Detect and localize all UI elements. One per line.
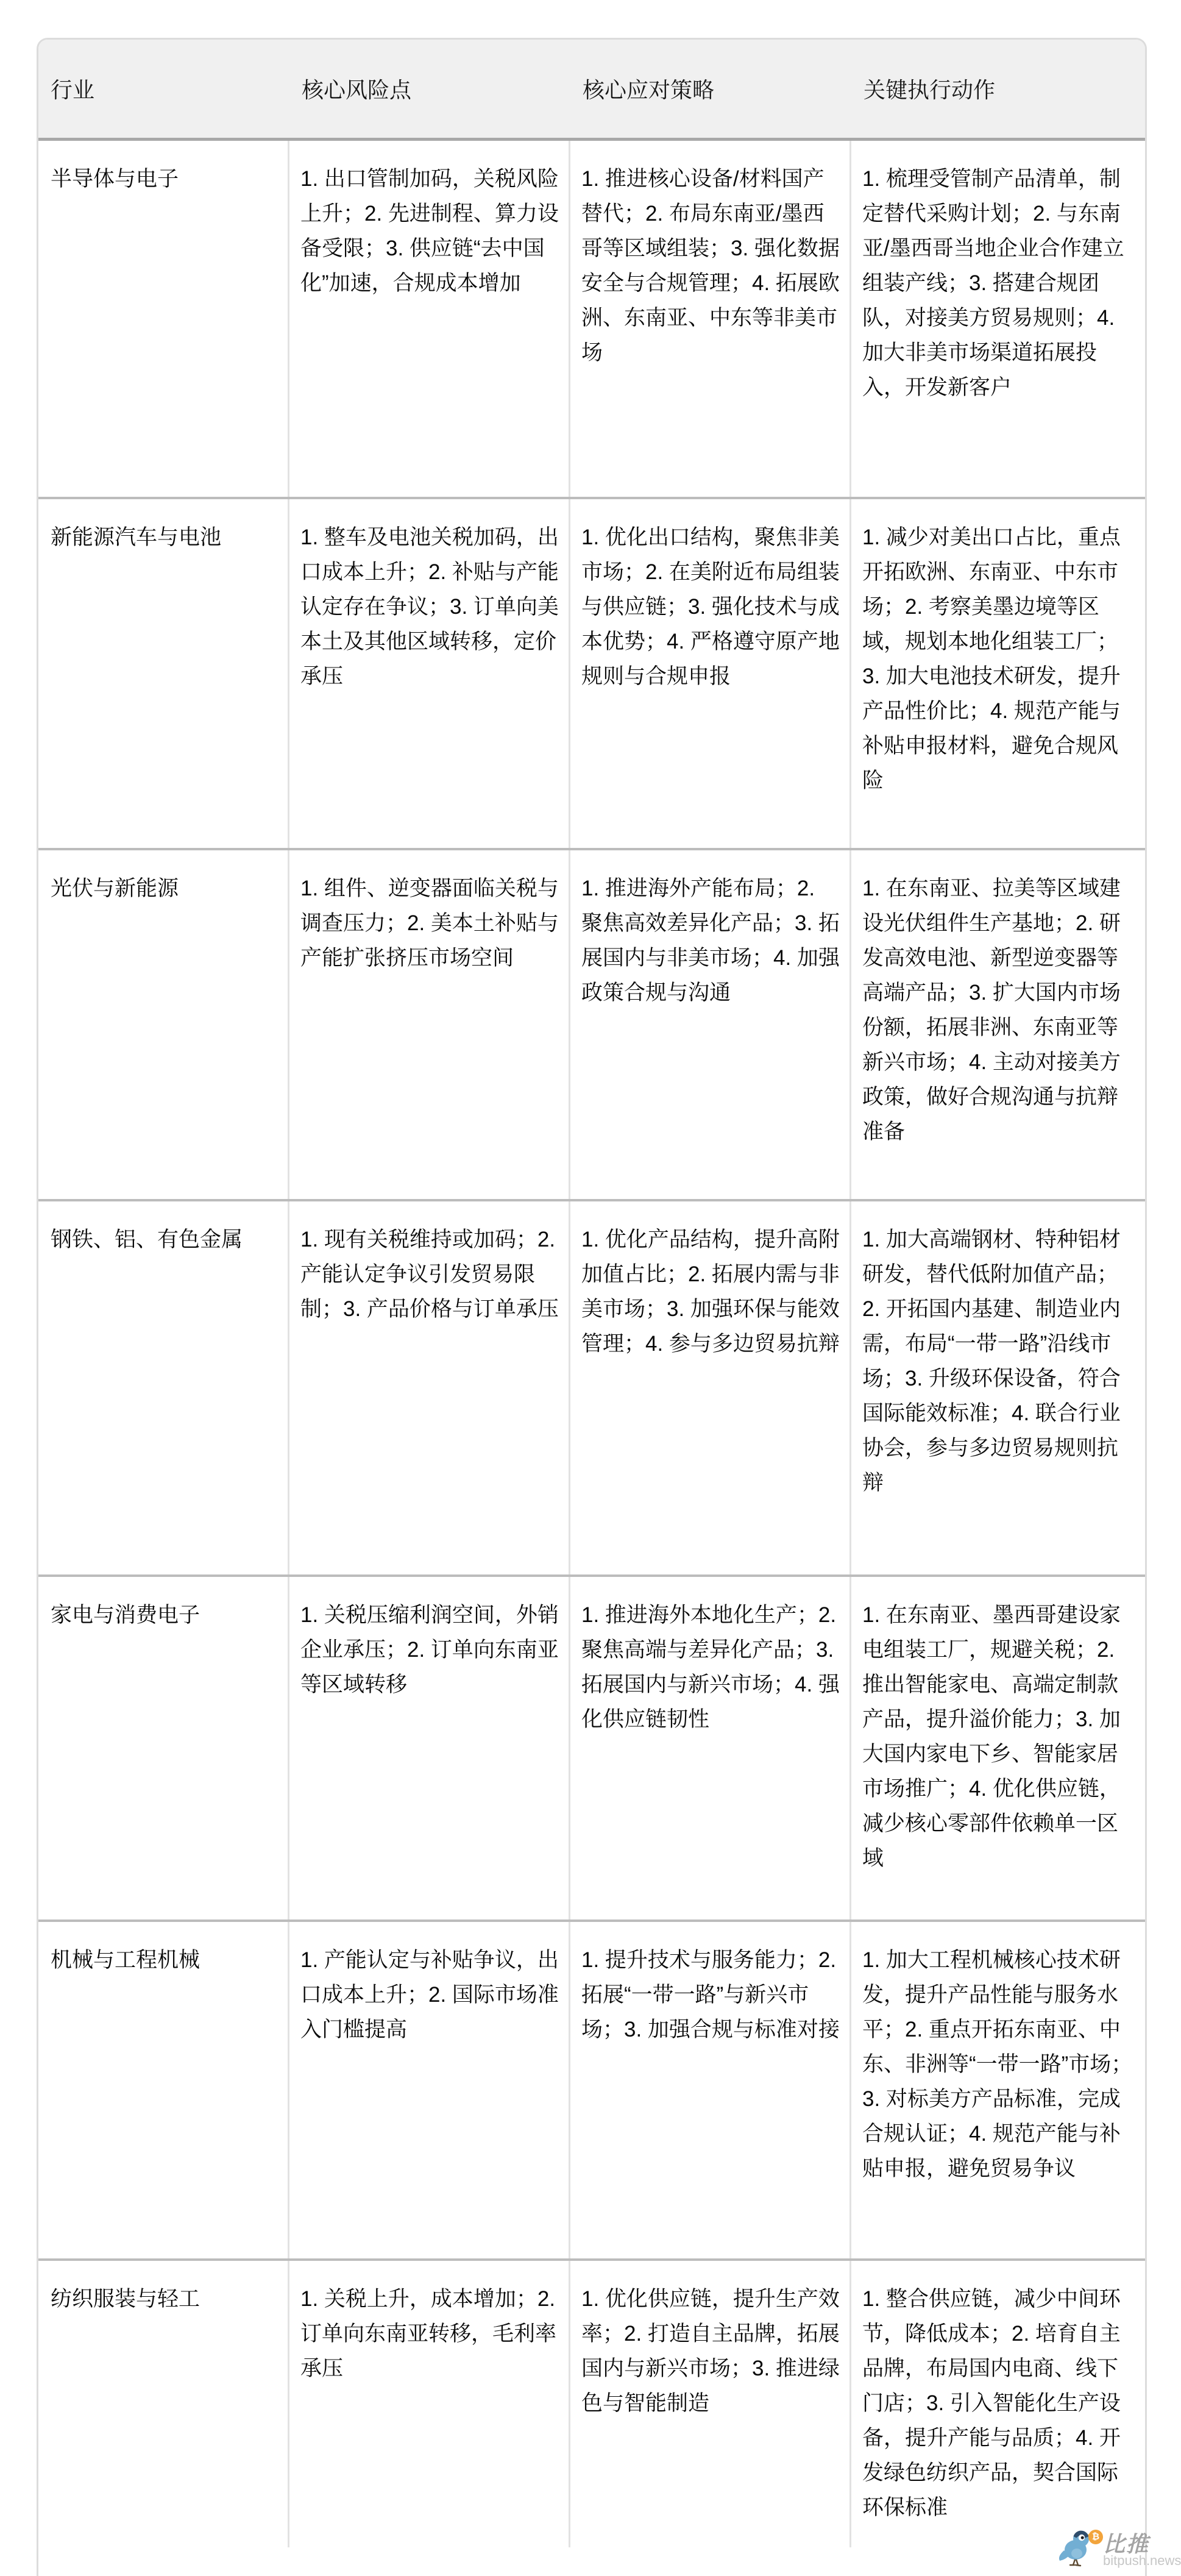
table-row: 光伏与新能源 1. 组件、逆变器面临关税与调查压力；2. 美本土补贴与产能扩张挤… [38, 850, 1145, 1201]
industry-cell: 家电与消费电子 [38, 1577, 289, 1920]
strategies-cell: 1. 优化供应链，提升生产效率；2. 打造自主品牌，拓展国内与新兴市场；3. 推… [570, 2261, 851, 2547]
bitpush-watermark: ₿ 比推 bitpush.news [1053, 2497, 1181, 2576]
industry-cell: 机械与工程机械 [38, 1922, 289, 2258]
industry-cell: 光伏与新能源 [38, 850, 289, 1199]
table-row: 纺织服装与轻工 1. 关税上升，成本增加；2. 订单向东南亚转移，毛利率承压 1… [38, 2261, 1145, 2547]
industry-cell: 纺织服装与轻工 [38, 2261, 289, 2547]
actions-cell: 1. 加大工程机械核心技术研发，提升产品性能与服务水平；2. 重点开拓东南亚、中… [851, 1922, 1145, 2258]
industry-cell: 新能源汽车与电池 [38, 499, 289, 848]
watermark-domain-text: bitpush.news [1103, 2553, 1181, 2569]
table-row: 新能源汽车与电池 1. 整车及电池关税加码，出口成本上升；2. 补贴与产能认定存… [38, 499, 1145, 850]
risks-cell: 1. 现有关税维持或加码；2. 产能认定争议引发贸易限制；3. 产品价格与订单承… [289, 1201, 570, 1574]
actions-cell: 1. 在东南亚、拉美等区域建设光伏组件生产基地；2. 研发高效电池、新型逆变器等… [851, 850, 1145, 1199]
strategies-cell: 1. 推进核心设备/材料国产替代；2. 布局东南亚/墨西哥等区域组装；3. 强化… [570, 141, 851, 497]
table-body: 半导体与电子 1. 出口管制加码，关税风险上升；2. 先进制程、算力设备受限；3… [38, 141, 1145, 2547]
strategies-cell: 1. 提升技术与服务能力；2. 拓展“一带一路”与新兴市场；3. 加强合规与标准… [570, 1922, 851, 2258]
risks-cell: 1. 产能认定与补贴争议，出口成本上升；2. 国际市场准入门槛提高 [289, 1922, 570, 2258]
strategies-cell: 1. 推进海外产能布局；2. 聚焦高效差异化产品；3. 拓展国内与非美市场；4.… [570, 850, 851, 1199]
table-row: 半导体与电子 1. 出口管制加码，关税风险上升；2. 先进制程、算力设备受限；3… [38, 141, 1145, 499]
industry-risk-table: 行业 核心风险点 核心应对策略 关键执行动作 半导体与电子 1. 出口管制加码，… [37, 38, 1147, 2576]
actions-cell: 1. 减少对美出口占比，重点开拓欧洲、东南亚、中东市场；2. 考察美墨边境等区域… [851, 499, 1145, 848]
risks-cell: 1. 关税上升，成本增加；2. 订单向东南亚转移，毛利率承压 [289, 2261, 570, 2547]
column-header-risks: 核心风险点 [289, 40, 570, 138]
risks-cell: 1. 出口管制加码，关税风险上升；2. 先进制程、算力设备受限；3. 供应链“去… [289, 141, 570, 497]
column-header-industry: 行业 [38, 40, 289, 138]
industry-cell: 半导体与电子 [38, 141, 289, 497]
bitcoin-icon: ₿ [1088, 2530, 1103, 2544]
actions-cell: 1. 加大高端钢材、特种铝材研发，替代低附加值产品；2. 开拓国内基建、制造业内… [851, 1201, 1145, 1574]
risks-cell: 1. 关税压缩利润空间，外销企业承压；2. 订单向东南亚等区域转移 [289, 1577, 570, 1920]
strategies-cell: 1. 推进海外本地化生产；2. 聚焦高端与差异化产品；3. 拓展国内与新兴市场；… [570, 1577, 851, 1920]
strategies-cell: 1. 优化产品结构，提升高附加值占比；2. 拓展内需与非美市场；3. 加强环保与… [570, 1201, 851, 1574]
actions-cell: 1. 梳理受管制产品清单，制定替代采购计划；2. 与东南亚/墨西哥当地企业合作建… [851, 141, 1145, 497]
table-row: 钢铁、铝、有色金属 1. 现有关税维持或加码；2. 产能认定争议引发贸易限制；3… [38, 1201, 1145, 1577]
risks-cell: 1. 组件、逆变器面临关税与调查压力；2. 美本土补贴与产能扩张挤压市场空间 [289, 850, 570, 1199]
industry-cell: 钢铁、铝、有色金属 [38, 1201, 289, 1574]
strategies-cell: 1. 优化出口结构，聚焦非美市场；2. 在美附近布局组装与供应链；3. 强化技术… [570, 499, 851, 848]
table-header-row: 行业 核心风险点 核心应对策略 关键执行动作 [38, 40, 1145, 141]
table-row: 机械与工程机械 1. 产能认定与补贴争议，出口成本上升；2. 国际市场准入门槛提… [38, 1922, 1145, 2261]
actions-cell: 1. 在东南亚、墨西哥建设家电组装工厂，规避关税；2. 推出智能家电、高端定制款… [851, 1577, 1145, 1920]
column-header-actions: 关键执行动作 [851, 40, 1145, 138]
table-row: 家电与消费电子 1. 关税压缩利润空间，外销企业承压；2. 订单向东南亚等区域转… [38, 1577, 1145, 1922]
risks-cell: 1. 整车及电池关税加码，出口成本上升；2. 补贴与产能认定存在争议；3. 订单… [289, 499, 570, 848]
column-header-strategies: 核心应对策略 [570, 40, 851, 138]
